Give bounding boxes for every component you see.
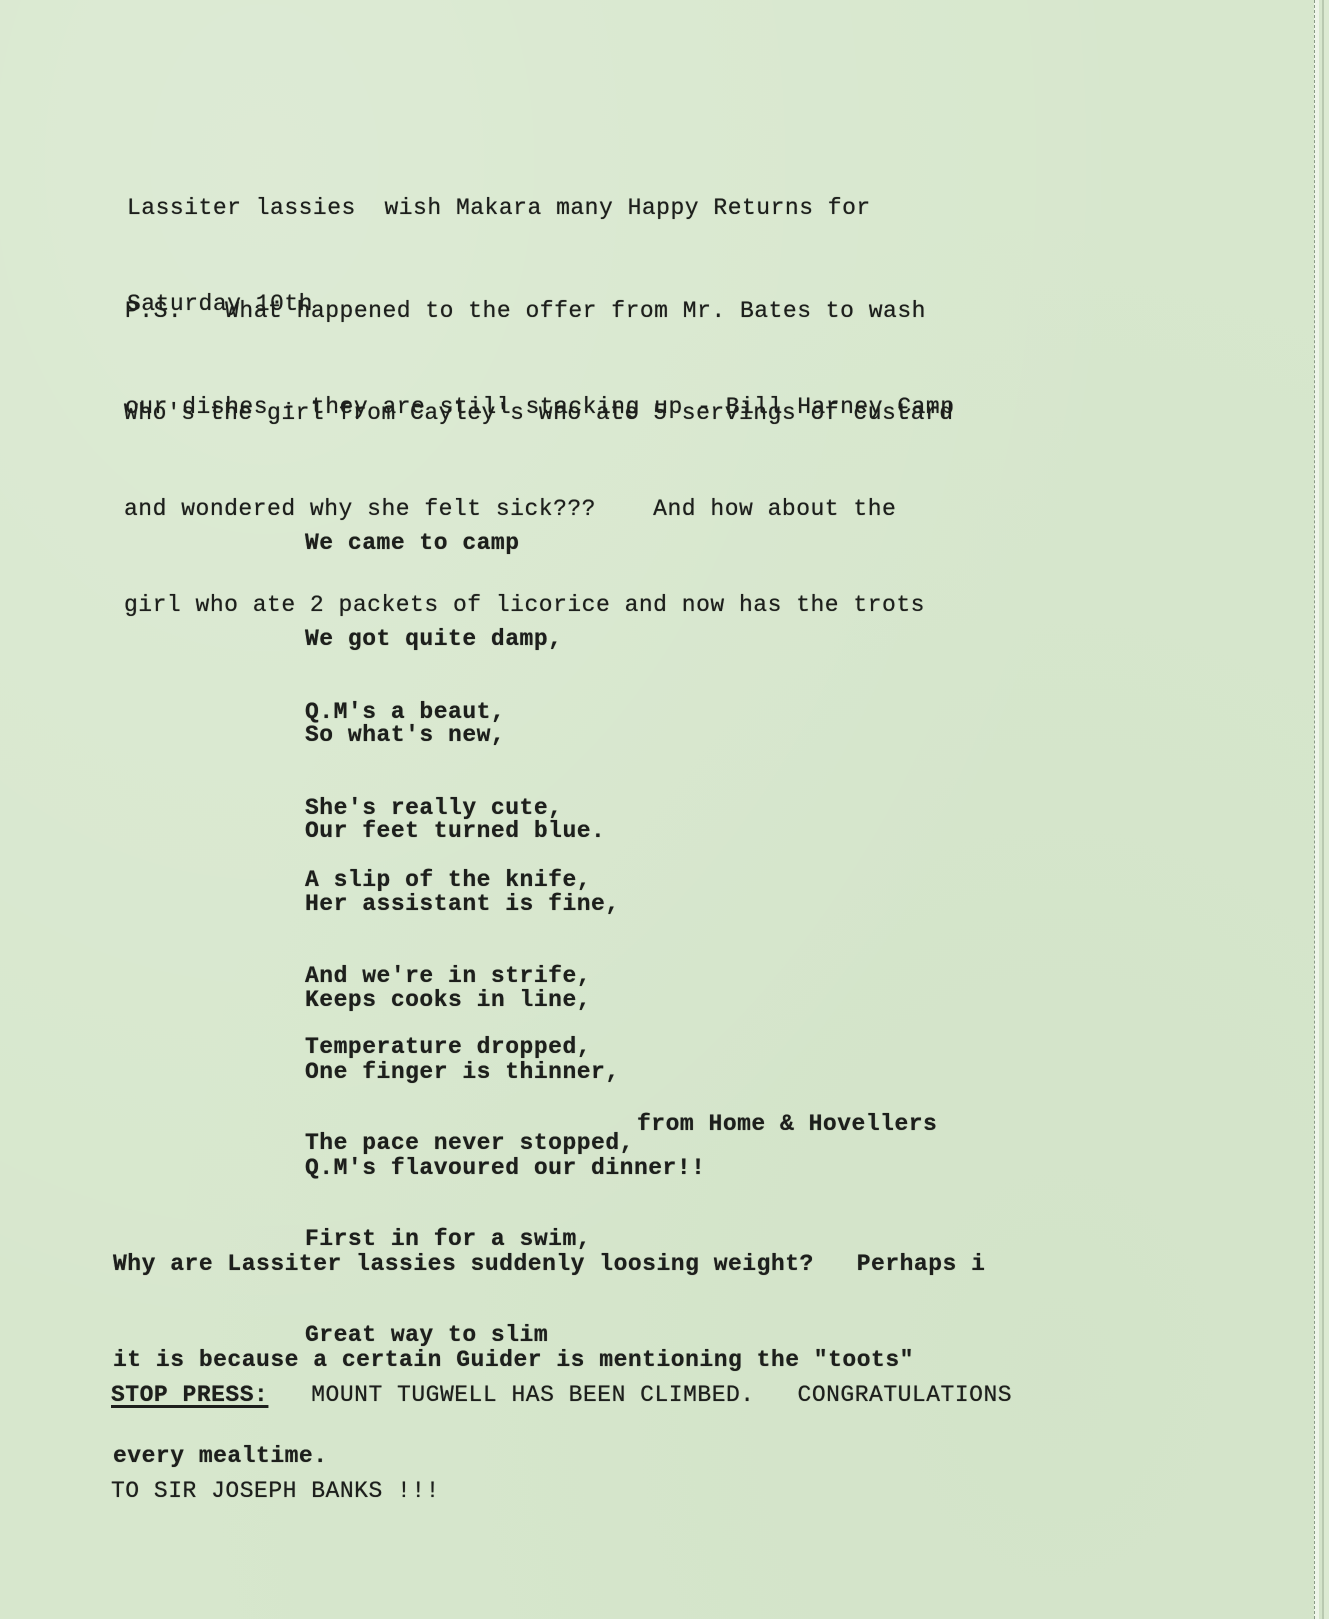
- poem-line: Q.M's a beaut,: [305, 696, 620, 728]
- poem-line: Temperature dropped,: [305, 1031, 634, 1063]
- perforated-edge: [1314, 0, 1319, 1619]
- stop-press-line-1: STOP PRESS: MOUNT TUGWELL HAS BEEN CLIMB…: [111, 1379, 1012, 1411]
- stop-press: STOP PRESS: MOUNT TUGWELL HAS BEEN CLIMB…: [111, 1315, 1012, 1571]
- typed-page: Lassiter lassies wish Makara many Happy …: [0, 0, 1322, 1619]
- stop-press-label: STOP PRESS:: [111, 1382, 268, 1408]
- poem-line: We came to camp: [305, 527, 605, 559]
- greeting-line: Lassiter lassies wish Makara many Happy …: [127, 192, 871, 224]
- ps-line: P.S. What happened to the offer from Mr.…: [125, 295, 955, 327]
- poem-line: A slip of the knife,: [305, 864, 705, 896]
- weight-line: Why are Lassiter lassies suddenly loosin…: [113, 1248, 985, 1280]
- poem-signature: from Home & Hovellers: [637, 1108, 937, 1140]
- stop-press-line-2: TO SIR JOSEPH BANKS !!!: [111, 1475, 1012, 1507]
- poem-line: The pace never stopped,: [305, 1127, 634, 1159]
- gossip-line: Who's the girl from Cayley's who ate 5 s…: [124, 397, 954, 429]
- stop-press-headline: MOUNT TUGWELL HAS BEEN CLIMBED. CONGRATU…: [268, 1382, 1012, 1408]
